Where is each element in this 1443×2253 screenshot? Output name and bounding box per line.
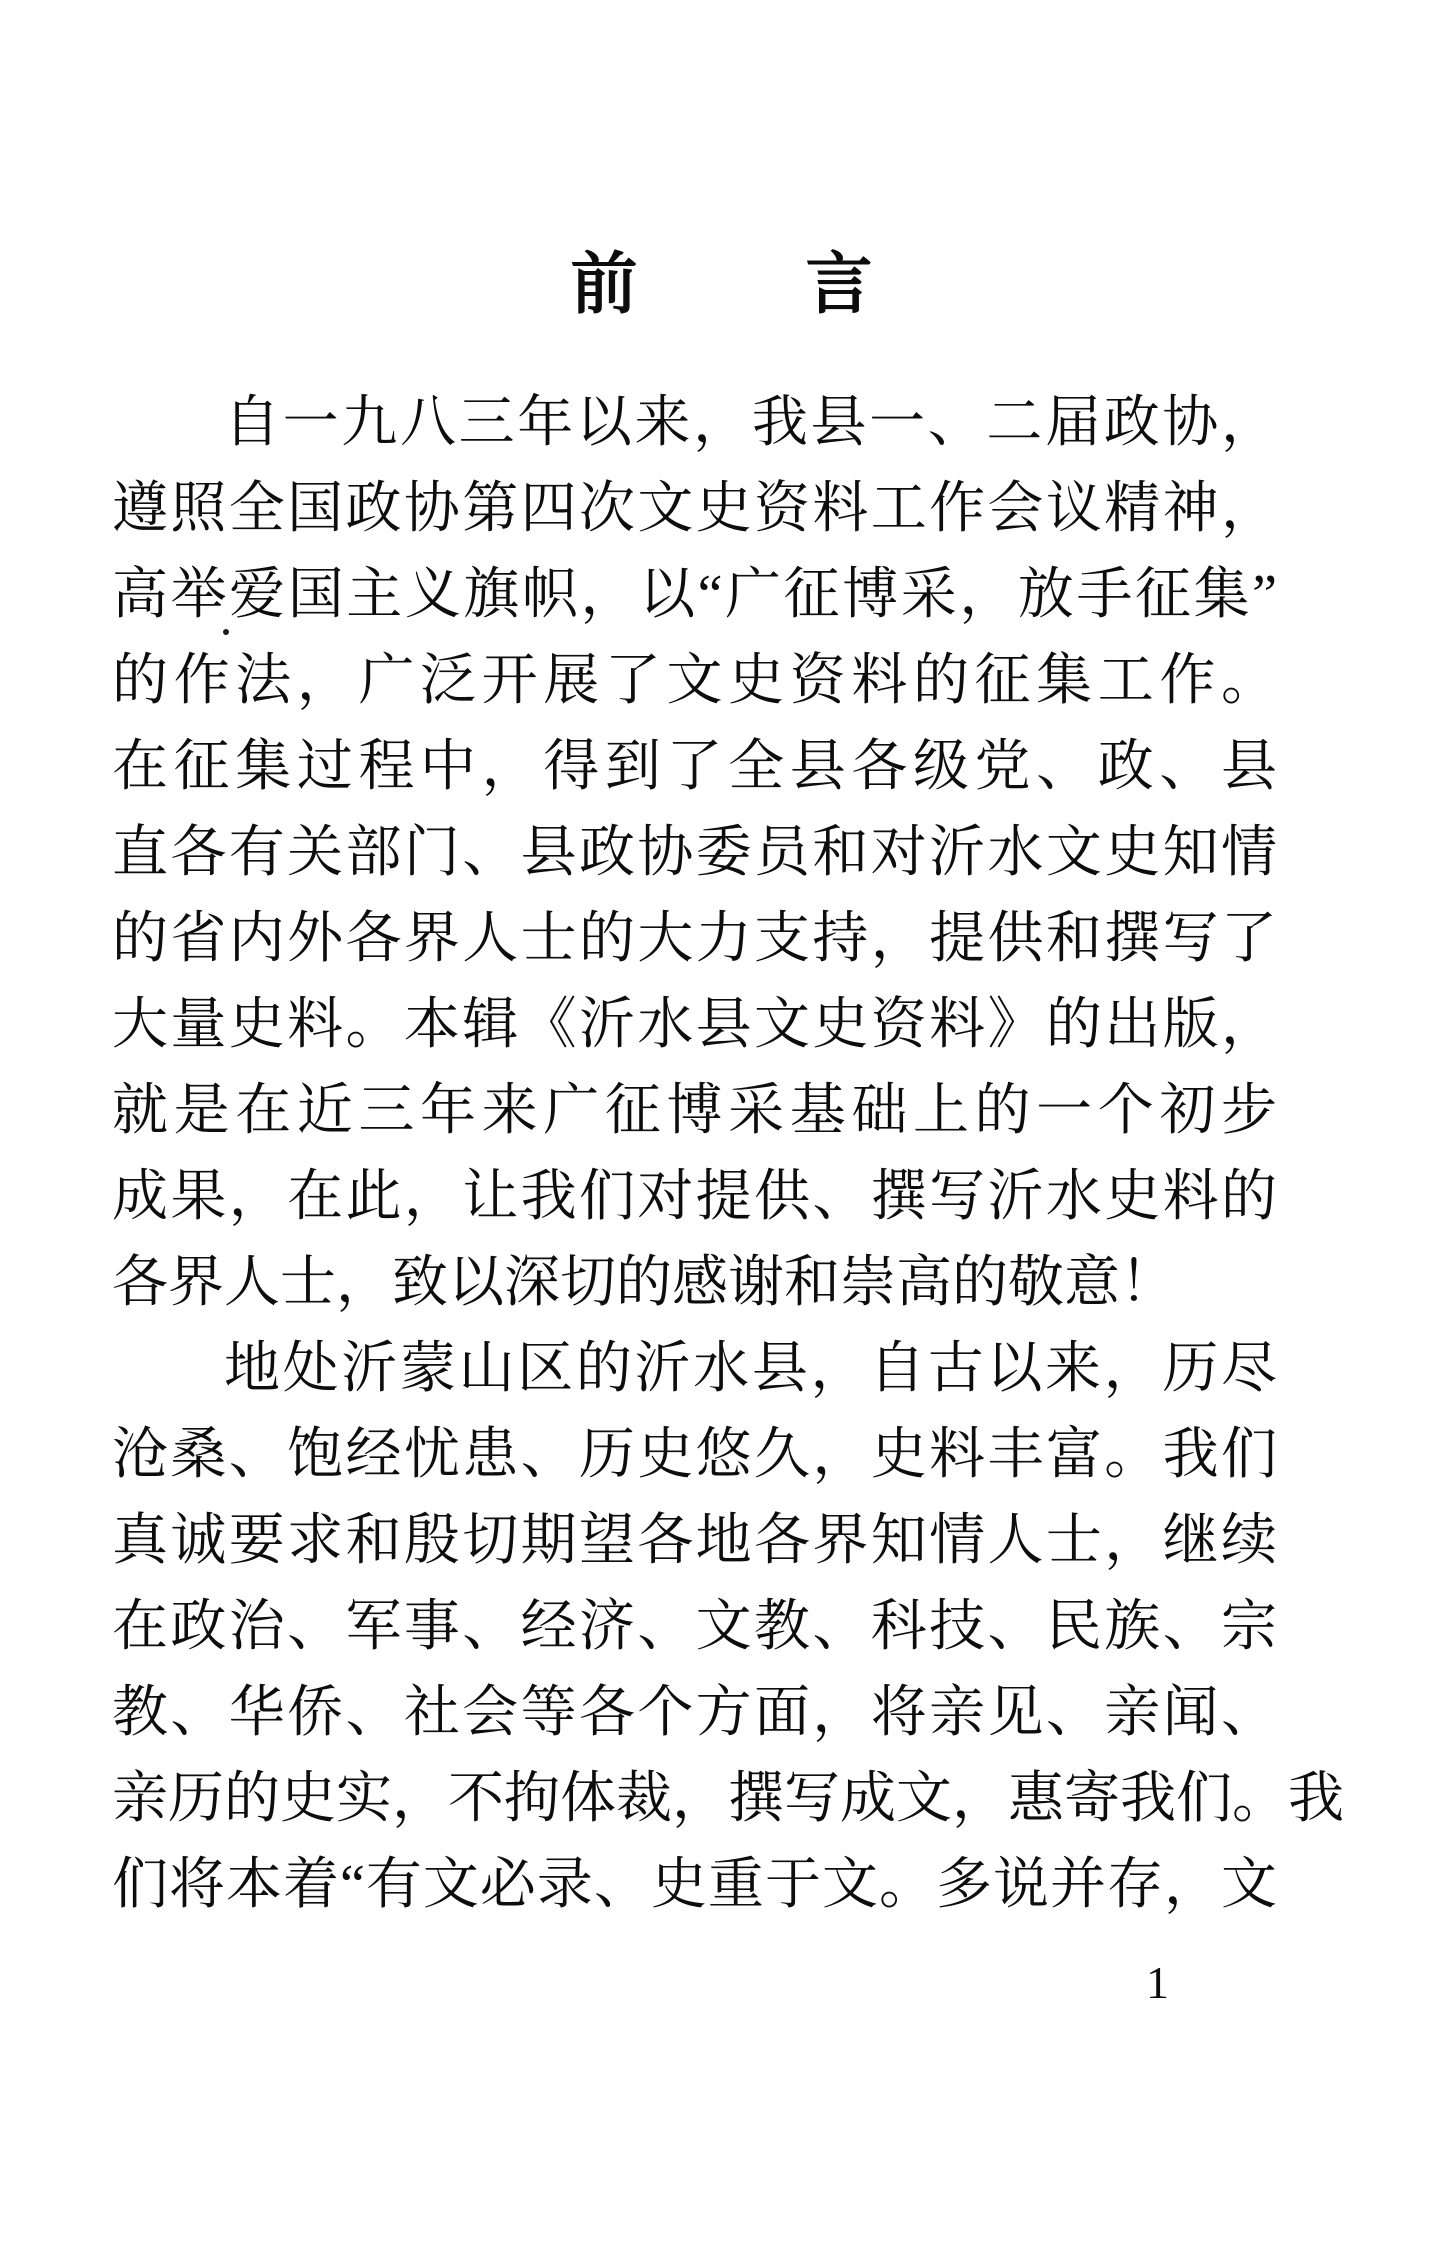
text-line: 遵照全国政协第四次文史资料工作会议精神， bbox=[112, 466, 1277, 552]
page-title: 前 言 bbox=[0, 252, 1443, 319]
text-line: 在政治、军事、经济、文教、科技、民族、宗 bbox=[112, 1584, 1277, 1670]
paragraph: 地处沂蒙山区的沂水县，自古以来，历尽沧桑、饱经忧患、历史悠久，史料丰富。我们真诚… bbox=[112, 1326, 1277, 1928]
paragraph: 自一九八三年以来，我县一、二届政协，遵照全国政协第四次文史资料工作会议精神，高举… bbox=[112, 380, 1277, 1326]
title-char-second: 言 bbox=[806, 252, 873, 319]
text-line: 各界人士，致以深切的感谢和崇高的敬意！ bbox=[112, 1240, 1277, 1326]
text-line: 在征集过程中，得到了全县各级党、政、县 bbox=[112, 724, 1277, 810]
title-char-first: 前 bbox=[571, 252, 638, 319]
scan-speck bbox=[223, 629, 229, 635]
text-block: 自一九八三年以来，我县一、二届政协，遵照全国政协第四次文史资料工作会议精神，高举… bbox=[112, 380, 1277, 1928]
scan-page: 前 言 自一九八三年以来，我县一、二届政协，遵照全国政协第四次文史资料工作会议精… bbox=[0, 0, 1443, 2253]
text-line: 的省内外各界人士的大力支持，提供和撰写了 bbox=[112, 896, 1277, 982]
text-line: 们将本着“有文必录、史重于文。多说并存，文 bbox=[112, 1842, 1277, 1928]
text-line: 高举爱国主义旗帜，以“广征博采，放手征集” bbox=[112, 552, 1277, 638]
text-line: 地处沂蒙山区的沂水县，自古以来，历尽 bbox=[112, 1326, 1277, 1412]
text-line: 就是在近三年来广征博采基础上的一个初步 bbox=[112, 1068, 1277, 1154]
page-number: 1 bbox=[1146, 1960, 1169, 2006]
text-line: 亲历的史实，不拘体裁，撰写成文，惠寄我们。我 bbox=[112, 1756, 1277, 1842]
text-line: 自一九八三年以来，我县一、二届政协， bbox=[112, 380, 1277, 466]
text-line: 直各有关部门、县政协委员和对沂水文史知情 bbox=[112, 810, 1277, 896]
text-line: 真诚要求和殷切期望各地各界知情人士，继续 bbox=[112, 1498, 1277, 1584]
text-line: 成果，在此，让我们对提供、撰写沂水史料的 bbox=[112, 1154, 1277, 1240]
text-line: 的作法，广泛开展了文史资料的征集工作。 bbox=[112, 638, 1277, 724]
text-line: 大量史料。本辑《沂水县文史资料》的出版， bbox=[112, 982, 1277, 1068]
text-line: 教、华侨、社会等各个方面，将亲见、亲闻、 bbox=[112, 1670, 1277, 1756]
text-line: 沧桑、饱经忧患、历史悠久，史料丰富。我们 bbox=[112, 1412, 1277, 1498]
